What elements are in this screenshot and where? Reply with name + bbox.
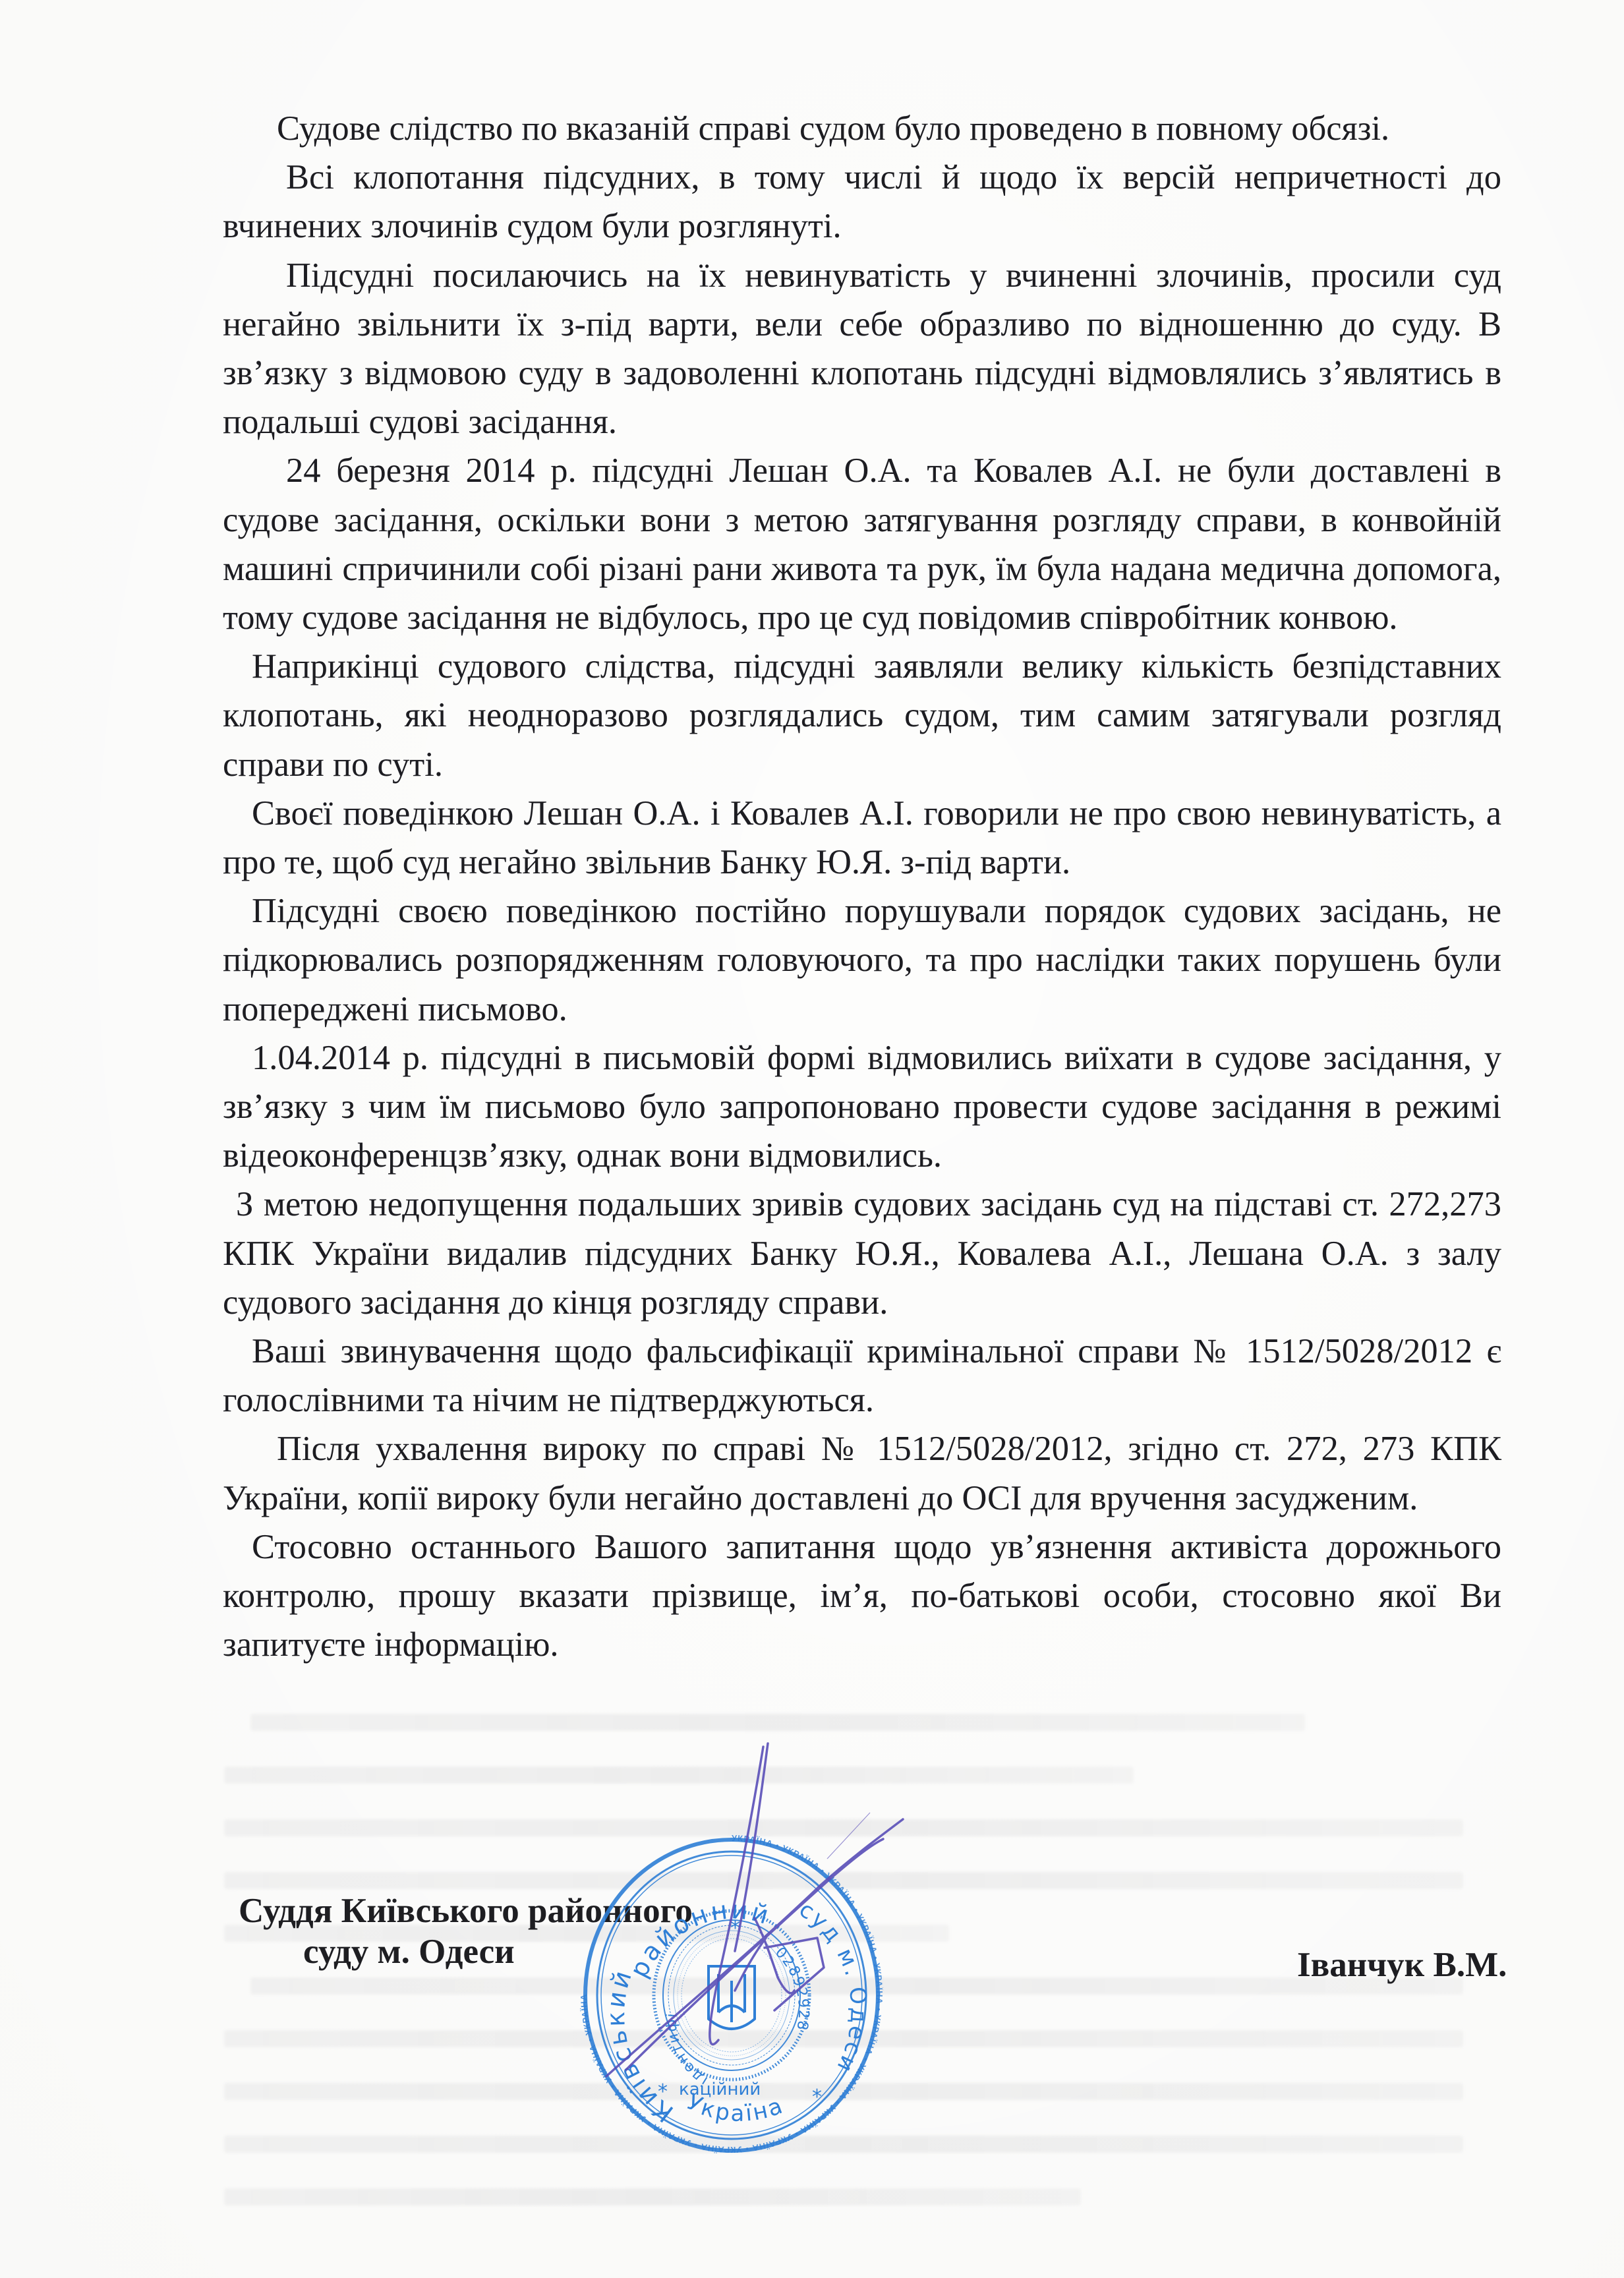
- paragraph-march-24-incident: 24 березня 2014 р. підсудні Лешан О.А. т…: [223, 446, 1501, 642]
- judge-name: Іванчук В.М.: [1297, 1944, 1507, 1985]
- paragraph-order-violations: Підсудні своєю поведінкою постійно поруш…: [223, 887, 1501, 1034]
- document-page: Судове слідство по вказаній справі судом…: [0, 0, 1624, 2278]
- paragraph-motions-reviewed: Всі клопотання підсудних, в тому числі й…: [223, 153, 1501, 250]
- paragraph-investigation-complete: Судове слідство по вказаній справі судом…: [223, 104, 1501, 153]
- paragraph-activist-question: Стосовно останнього Вашого запитання щод…: [223, 1523, 1501, 1670]
- paragraph-april-1-refusal: 1.04.2014 р. підсудні в письмовій формі …: [223, 1034, 1501, 1181]
- paragraph-removal-from-courtroom: З метою недопущення подальших зривів суд…: [223, 1180, 1501, 1327]
- handwritten-signature-icon: [593, 1740, 923, 2136]
- paragraph-defendants-behavior: Підсудні посилаючись на їх невинуватість…: [223, 251, 1501, 447]
- paragraph-groundless-motions: Наприкінці судового слідства, підсудні з…: [223, 642, 1501, 789]
- paragraph-falsification-claims: Ваші звинувачення щодо фальсифікації кри…: [223, 1327, 1501, 1424]
- paragraph-release-demand: Своєї поведінкою Лешан О.А. і Ковалев А.…: [223, 789, 1501, 887]
- letter-body: Судове слідство по вказаній справі судом…: [223, 104, 1501, 1670]
- paragraph-verdict-copies: Після ухвалення вироку по справі № 1512/…: [223, 1424, 1501, 1522]
